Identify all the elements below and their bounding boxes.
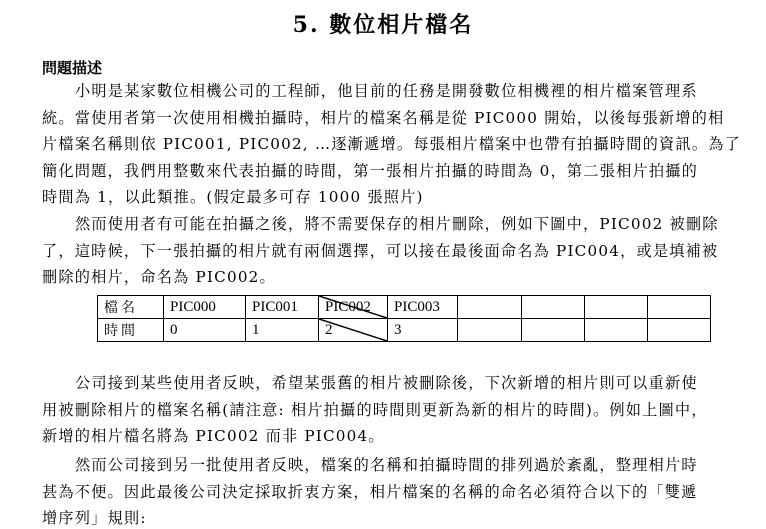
paragraph-line: 然而公司接到另一批使用者反映，檔案的名稱和拍攝時間的排列過於紊亂，整理相片時 (42, 452, 764, 479)
table-cell (458, 319, 522, 342)
paragraph-3: 公司接到某些使用者反映，希望某張舊的相片被刪除後，下次新增的相片則可以重新使 用… (42, 370, 764, 450)
table-cell: PIC003 (388, 296, 458, 319)
section-heading-problem-description: 問題描述 (42, 58, 102, 78)
paragraph-line: 公司接到某些使用者反映，希望某張舊的相片被刪除後，下次新增的相片則可以重新使 (42, 370, 764, 397)
paragraph-line: 統。當使用者第一次使用相機拍攝時，相片的檔案名稱是從 PIC000 開始，以後每… (42, 105, 764, 132)
table-cell (585, 319, 648, 342)
paragraph-line: 新增的相片檔名將為 PIC002 而非 PIC004。 (42, 423, 764, 450)
table-cell (522, 319, 585, 342)
paragraph-line: 甚為不便。因此最後公司決定採取折衷方案，相片檔案的名稱的命名必須符合以下的「雙遞 (42, 479, 764, 506)
table-cell: PIC000 (164, 296, 246, 319)
table-cell (648, 319, 711, 342)
strike-line-icon (319, 296, 387, 318)
paragraph-line: 然而使用者有可能在拍攝之後，將不需要保存的相片刪除，例如下圖中，PIC002 被… (42, 211, 764, 238)
table-cell: 3 (388, 319, 458, 342)
paragraph-line: 片檔案名稱則依 PIC001, PIC002, …逐漸遞增。每張相片檔案中也帶有… (42, 131, 764, 158)
problem-title: 5. 數位相片檔名 (0, 10, 766, 40)
paragraph-2: 然而使用者有可能在拍攝之後，將不需要保存的相片刪除，例如下圖中，PIC002 被… (42, 211, 764, 291)
table-cell-deleted: 2 (319, 319, 388, 342)
table-cell-deleted: PIC002 (319, 296, 388, 319)
row-header-filename: 檔名 (98, 296, 164, 319)
table-row-filenames: 檔名 PIC000 PIC001 PIC002 PIC003 (98, 296, 711, 319)
paragraph-4: 然而公司接到另一批使用者反映，檔案的名稱和拍攝時間的排列過於紊亂，整理相片時 甚… (42, 452, 764, 529)
paragraph-line: 簡化問題，我們用整數來代表拍攝的時間，第一張相片拍攝的時間為 0，第二張相片拍攝… (42, 158, 764, 185)
paragraph-line: 增序列」規則: (42, 505, 764, 529)
paragraph-line: 小明是某家數位相機公司的工程師，他目前的任務是開發數位相機裡的相片檔案管理系 (42, 78, 764, 105)
paragraph-line: 刪除的相片，命名為 PIC002。 (42, 264, 764, 291)
table-cell: 1 (246, 319, 319, 342)
paragraph-line: 時間為 1，以此類推。(假定最多可存 1000 張照片) (42, 184, 764, 211)
table-cell (585, 296, 648, 319)
table-cell (458, 296, 522, 319)
example-file-table: 檔名 PIC000 PIC001 PIC002 PIC003 時間 0 1 2 … (97, 295, 711, 342)
table-cell: 0 (164, 319, 246, 342)
paragraph-1: 小明是某家數位相機公司的工程師，他目前的任務是開發數位相機裡的相片檔案管理系 統… (42, 78, 764, 211)
row-header-time: 時間 (98, 319, 164, 342)
table-cell (522, 296, 585, 319)
strike-line-icon (319, 319, 387, 341)
table-row-times: 時間 0 1 2 3 (98, 319, 711, 342)
table-cell: PIC001 (246, 296, 319, 319)
paragraph-line: 用被刪除相片的檔案名稱(請注意: 相片拍攝的時間則更新為新的相片的時間)。例如上… (42, 397, 764, 424)
paragraph-line: 了，這時候，下一張拍攝的相片就有兩個選擇，可以接在最後面命名為 PIC004，或… (42, 238, 764, 265)
table-cell (648, 296, 711, 319)
